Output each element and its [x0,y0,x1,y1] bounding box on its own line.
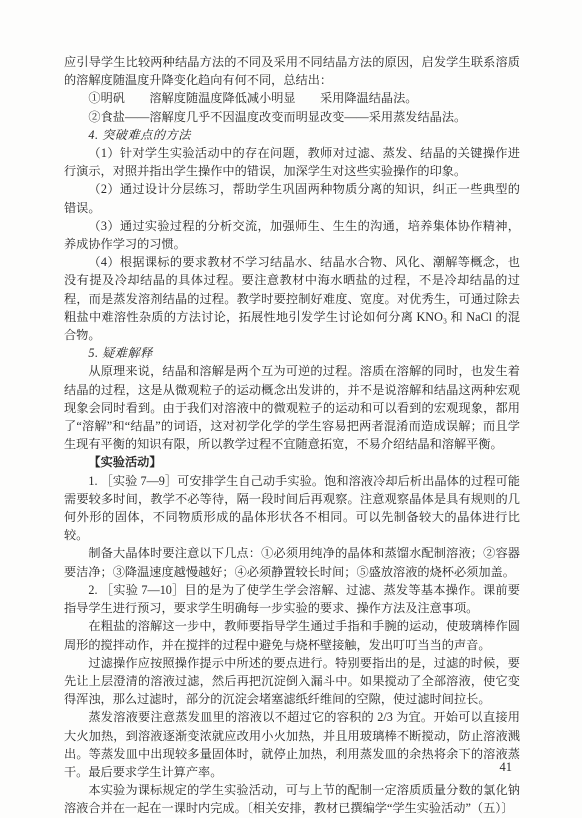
body-paragraph-method-3: （3）通过实验过程的分析交流，加强师生、生生的沟通，培养集体协作精神，养成协作学… [64,217,520,253]
body-paragraph-evaporation-step: 蒸发溶液要注意蒸发皿里的溶液以不超过它的容积的 2/3 为宜。开始可以直接用大火… [64,708,520,781]
list-item-alum: ①明矾 溶解度随温度降低减小明显 采用降温结晶法。 [64,89,520,107]
heading-section-4: 4. 突破难点的方法 [64,126,520,144]
body-paragraph-dissolving-step: 在粗盐的溶解这一步中，教师要指导学生通过手指和手腕的运动，使玻璃棒作圆周形的搅拌… [64,617,520,653]
body-paragraph-method-1: （1）针对学生实验活动中的存在问题，教师对过滤、蒸发、结晶的关键操作进行演示，对… [64,144,520,180]
body-paragraph-filtering-step: 过滤操作应按照操作提示中所述的要点进行。特别要指出的是，过滤的时候，要先让上层澄… [64,654,520,709]
body-paragraph-method-4: （4）根据课标的要求教材不学习结晶水、结晶水合物、风化、潮解等概念，也没有提及冷… [64,253,520,344]
list-item-salt: ②食盐——溶解度几乎不因温度改变而明显改变——采用蒸发结晶法。 [64,108,520,126]
body-paragraph-experiment-7-10: 2. ［实验 7—10］目的是为了使学生学会溶解、过滤、蒸发等基本操作。课前要指… [64,581,520,617]
heading-section-5: 5. 疑难解释 [64,344,520,362]
body-paragraph-difficult-explanation: 从原理来说，结晶和溶解是两个互为可逆的过程。溶质在溶解的同时，也发生着结晶的过程… [64,362,520,453]
document-page: 应引导学生比较两种结晶方法的不同及采用不同结晶方法的原因，启发学生联系溶质的溶解… [0,0,582,818]
body-paragraph-large-crystal-tips: 制备大晶体时要注意以下几点：①必须用纯净的晶体和蒸馏水配制溶液；②容器要洁净；③… [64,544,520,580]
body-paragraph-method-2: （2）通过设计分层练习，帮助学生巩固两种物质分离的知识，纠正一些典型的错误。 [64,180,520,216]
heading-experiment-activities: 【实验活动】 [64,453,520,471]
body-paragraph-course-arrangement: 本实验为课标规定的学生实验活动，可与上节的配制一定溶质质量分数的氯化钠溶液合并在… [64,781,520,817]
body-paragraph-experiment-7-9: 1. ［实验 7—9］可安排学生自己动手实验。饱和溶液冷却后析出晶体的过程可能需… [64,472,520,545]
body-paragraph-crystallization-comparison: 应引导学生比较两种结晶方法的不同及采用不同结晶方法的原因，启发学生联系溶质的溶解… [64,53,520,89]
page-number: 41 [500,760,513,775]
page-body: 应引导学生比较两种结晶方法的不同及采用不同结晶方法的原因，启发学生联系溶质的溶解… [64,53,520,818]
